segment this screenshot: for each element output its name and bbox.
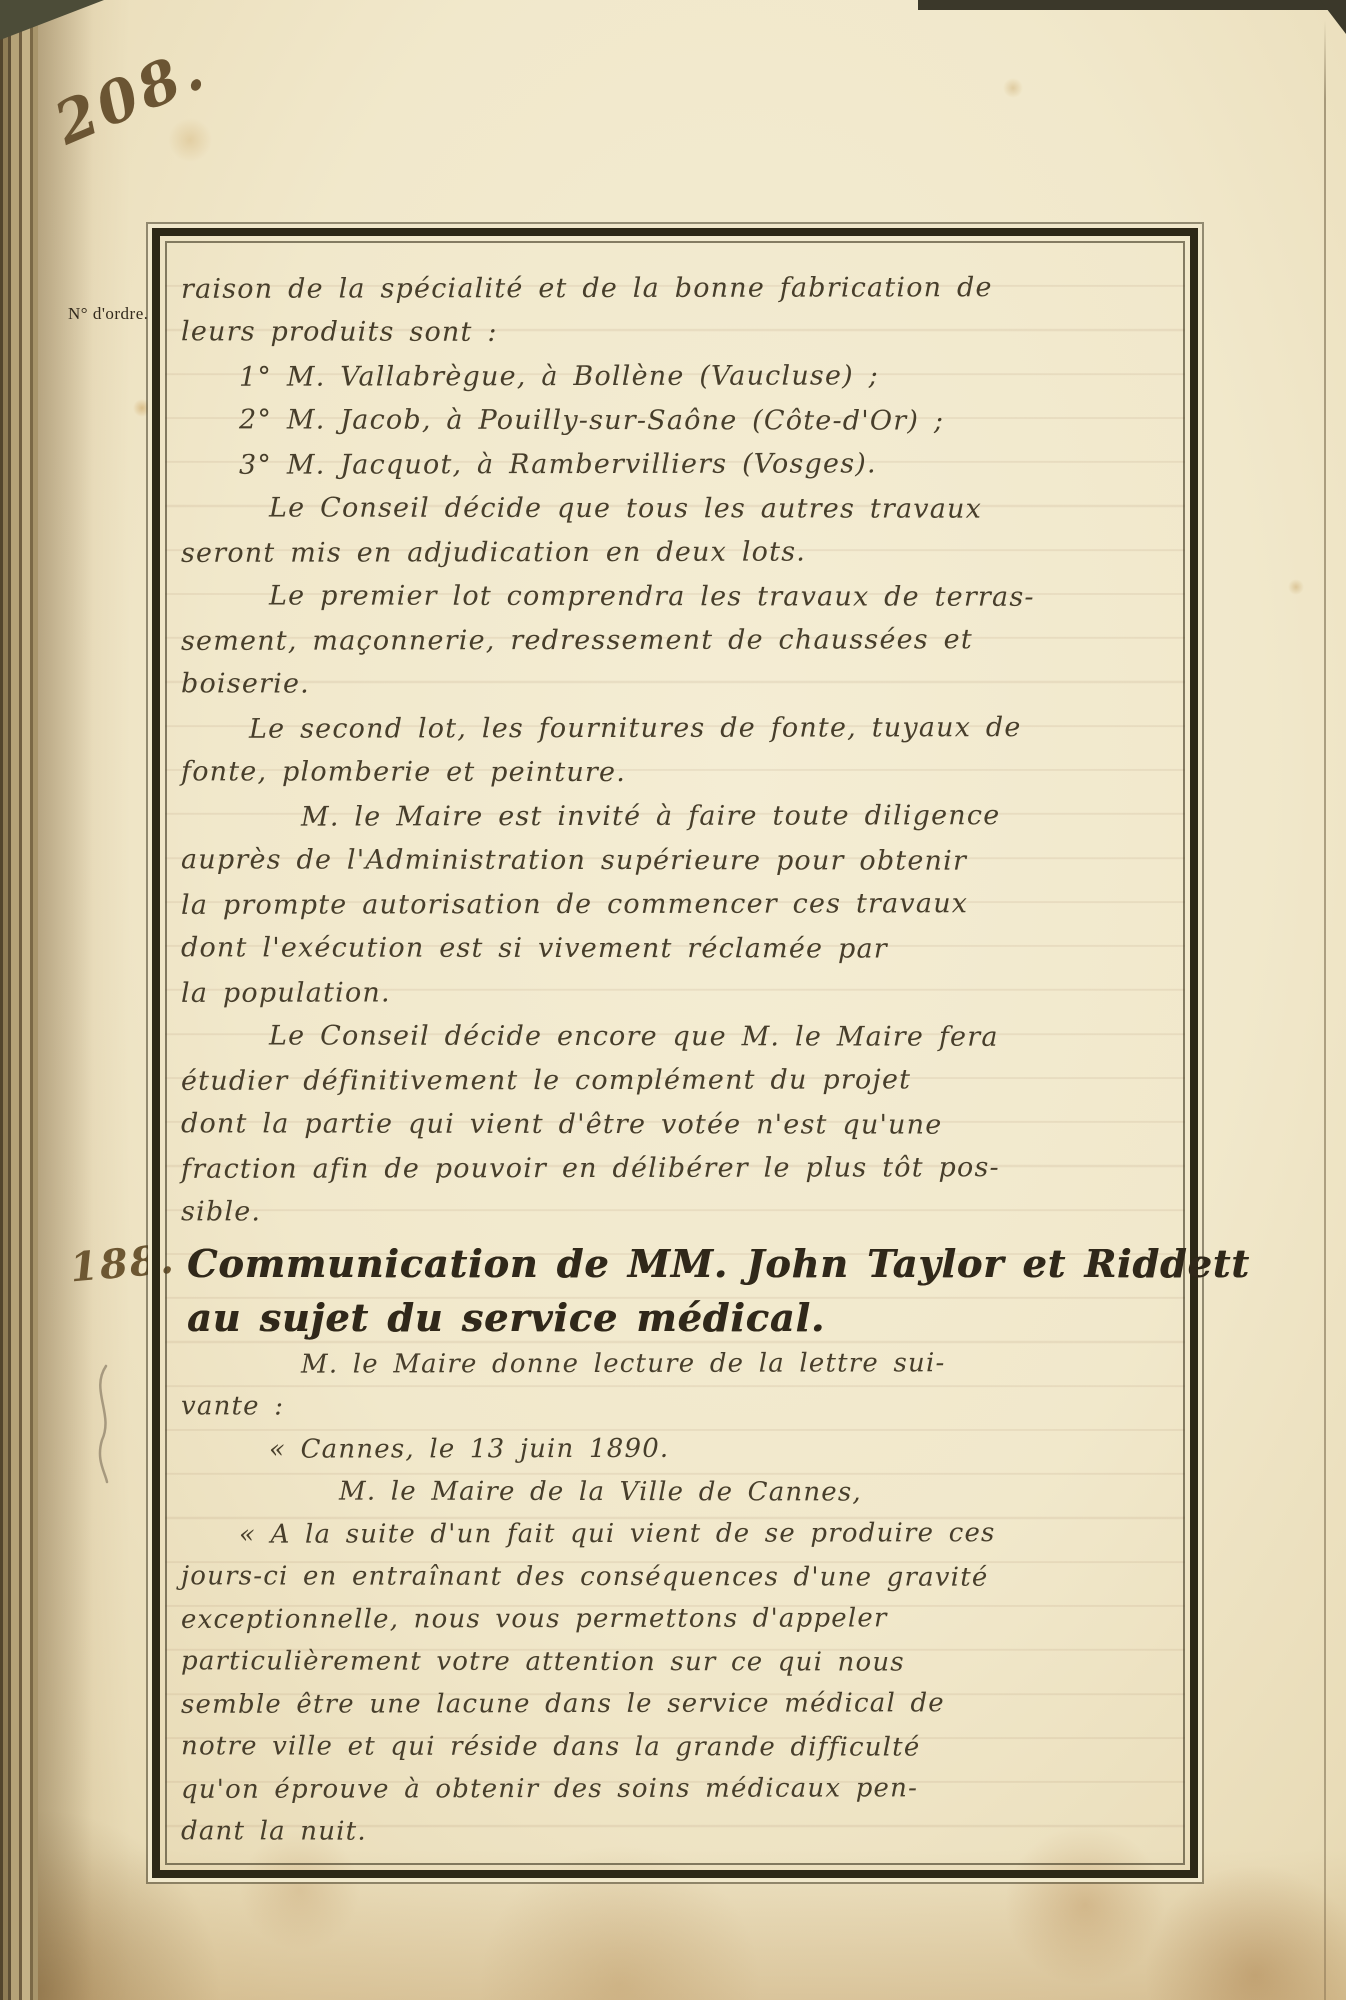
ruled-frame-inner: raison de la spécialité et de la bonne f… <box>165 241 1185 1865</box>
margin-header-n-d-ordre: N° d'ordre. <box>68 304 149 324</box>
cover-band-top-right <box>918 0 1346 10</box>
ruled-frame: raison de la spécialité et de la bonne f… <box>152 228 1198 1878</box>
letter-transcription: M. le Maire donne lecture de la lettre s… <box>181 1349 991 1859</box>
manuscript-line: boiserie. <box>181 668 991 713</box>
binding-shadow <box>38 0 93 2000</box>
letter-line: jours-ci en entraînant des conséquences … <box>181 1561 991 1605</box>
manuscript-line: raison de la spécialité et de la bonne f… <box>181 272 991 318</box>
margin-pencil-mark <box>84 1362 126 1491</box>
manuscript-line: sement, maçonnerie, redressement de chau… <box>181 624 991 670</box>
manuscript-line: la population. <box>181 976 991 1022</box>
manuscript-line: étudier définitivement le complément du … <box>181 1064 991 1110</box>
register-page: 208. N° d'ordre. 188. raison de la spéci… <box>0 0 1346 2000</box>
letter-line: « A la suite d'un fait qui vient de se p… <box>181 1518 991 1562</box>
manuscript-line: Le second lot, les fournitures de fonte,… <box>181 712 991 758</box>
letter-salutation: M. le Maire de la Ville de Cannes, <box>181 1476 991 1520</box>
manuscript-line: sible. <box>181 1196 991 1241</box>
manuscript-line: dont l'exécution est si vivement réclamé… <box>181 932 991 977</box>
book-binding <box>0 0 38 2000</box>
letter-line: qu'on éprouve à obtenir des soins médica… <box>181 1773 991 1817</box>
letter-line: vante : <box>181 1391 991 1435</box>
entry-heading-line-2: au sujet du service médical. <box>181 1295 991 1349</box>
letter-line: dant la nuit. <box>181 1816 991 1860</box>
manuscript-line: dont la partie qui vient d'être votée n'… <box>181 1108 991 1153</box>
manuscript-line: M. le Maire est invité à faire toute dil… <box>181 800 991 846</box>
letter-dateline: « Cannes, le 13 juin 1890. <box>181 1433 991 1477</box>
manuscript-line: la prompte autorisation de commencer ces… <box>181 888 991 934</box>
manuscript-line-item-2: 2° M. Jacob, à Pouilly-sur-Saône (Côte-d… <box>181 404 991 449</box>
letter-line: semble être une lacune dans le service m… <box>181 1688 991 1732</box>
manuscript-line: auprès de l'Administration supérieure po… <box>181 844 991 889</box>
manuscript-line: Le Conseil décide encore que M. le Maire… <box>181 1020 991 1065</box>
manuscript-line-item-3: 3° M. Jacquot, à Rambervilliers (Vosges)… <box>181 448 991 494</box>
manuscript-line: fonte, plomberie et peinture. <box>181 756 991 801</box>
manuscript-line: fraction afin de pouvoir en délibérer le… <box>181 1152 991 1198</box>
entry-heading-line-1: Communication de MM. John Taylor et Ridd… <box>181 1241 991 1295</box>
manuscript-line-item-1: 1° M. Vallabrègue, à Bollène (Vaucluse) … <box>181 360 991 406</box>
manuscript-line: leurs produits sont : <box>181 316 991 361</box>
manuscript-text: raison de la spécialité et de la bonne f… <box>181 273 991 1859</box>
letter-line: M. le Maire donne lecture de la lettre s… <box>181 1348 991 1392</box>
letter-line: particulièrement votre attention sur ce … <box>181 1646 991 1690</box>
manuscript-line: Le premier lot comprendra les travaux de… <box>181 580 991 625</box>
manuscript-line: seront mis en adjudication en deux lots. <box>181 536 991 582</box>
letter-line: notre ville et qui réside dans la grande… <box>181 1731 991 1775</box>
page-edge-crease <box>1324 20 1326 2000</box>
manuscript-line: Le Conseil décide que tous les autres tr… <box>181 492 991 537</box>
letter-line: exceptionnelle, nous vous permettons d'a… <box>181 1603 991 1647</box>
